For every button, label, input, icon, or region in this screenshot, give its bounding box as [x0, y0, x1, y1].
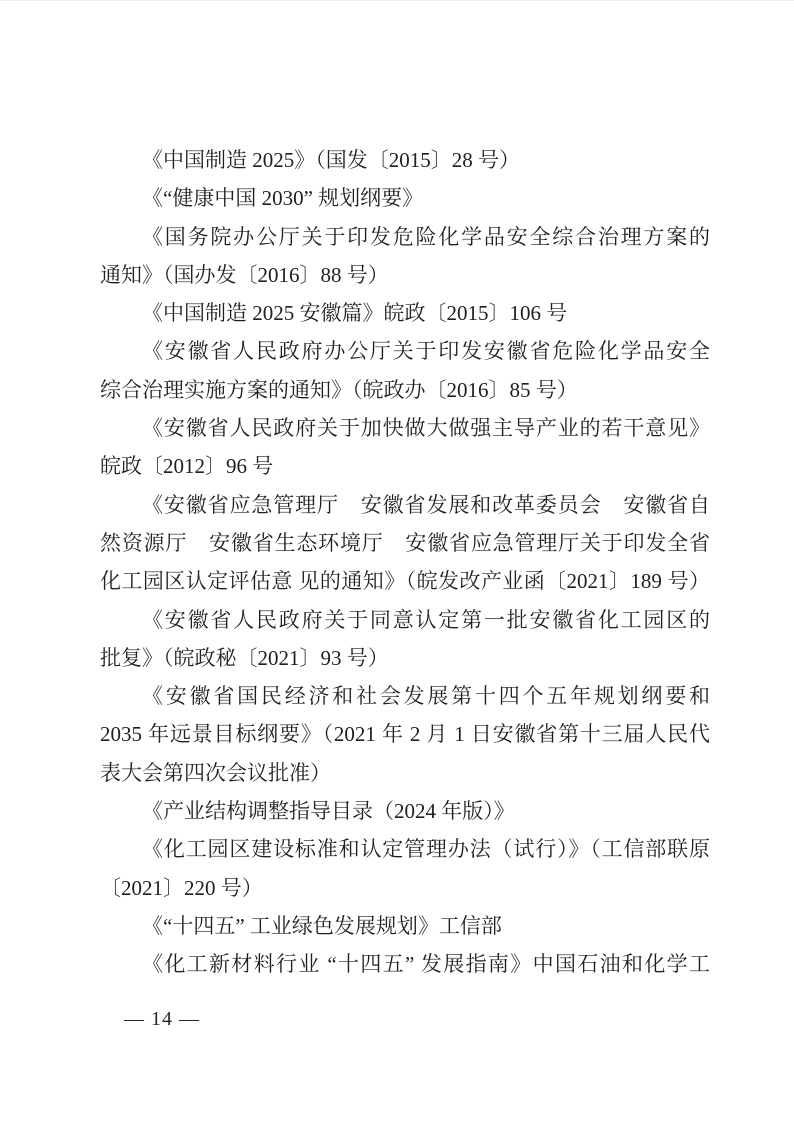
document-line: 《安徽省应急管理厅 安徽省发展和改革委员会 安徽省自 [100, 486, 710, 524]
document-line: 《“十四五” 工业绿色发展规划》工信部 [100, 907, 710, 945]
document-line: 2035 年远景目标纲要》（2021 年 2 月 1 日安徽省第十三届人民代 [100, 715, 710, 753]
document-line: 化工园区认定评估意 见的通知》（皖发改产业函〔2021〕189 号） [100, 562, 710, 600]
page-number: — 14 — [124, 1007, 200, 1031]
document-line: 《安徽省人民政府办公厅关于印发安徽省危险化学品安全 [100, 332, 710, 370]
document-line: 《化工园区建设标准和认定管理办法（试行）》（工信部联原 [100, 830, 710, 868]
document-line: 《安徽省人民政府关于加快做大做强主导产业的若干意见》 [100, 409, 710, 447]
document-line: 《化工新材料行业 “十四五” 发展指南》中国石油和化学工 [100, 945, 710, 983]
document-line: 《中国制造 2025》（国发〔2015〕28 号） [100, 141, 710, 179]
document-line: 《安徽省人民政府关于同意认定第一批安徽省化工园区的 [100, 601, 710, 639]
document-line: 通知》（国办发〔2016〕88 号） [100, 256, 710, 294]
document-line: 然资源厅 安徽省生态环境厅 安徽省应急管理厅关于印发全省 [100, 524, 710, 562]
document-line: 《国务院办公厅关于印发危险化学品安全综合治理方案的 [100, 218, 710, 256]
document-line: 皖政〔2012〕96 号 [100, 447, 710, 485]
document-line: 《中国制造 2025 安徽篇》皖政〔2015〕106 号 [100, 294, 710, 332]
document-line: 《“健康中国 2030” 规划纲要》 [100, 179, 710, 217]
document-line: 〔2021〕220 号） [100, 869, 710, 907]
document-line: 批复》（皖政秘〔2021〕93 号） [100, 639, 710, 677]
document-line: 《安徽省国民经济和社会发展第十四个五年规划纲要和 [100, 677, 710, 715]
document-line: 综合治理实施方案的通知》（皖政办〔2016〕85 号） [100, 371, 710, 409]
document-line: 表大会第四次会议批准） [100, 754, 710, 792]
document-page: 《中国制造 2025》（国发〔2015〕28 号）《“健康中国 2030” 规划… [0, 0, 794, 1123]
document-line: 《产业结构调整指导目录（2024 年版）》 [100, 792, 710, 830]
document-body: 《中国制造 2025》（国发〔2015〕28 号）《“健康中国 2030” 规划… [100, 141, 710, 984]
